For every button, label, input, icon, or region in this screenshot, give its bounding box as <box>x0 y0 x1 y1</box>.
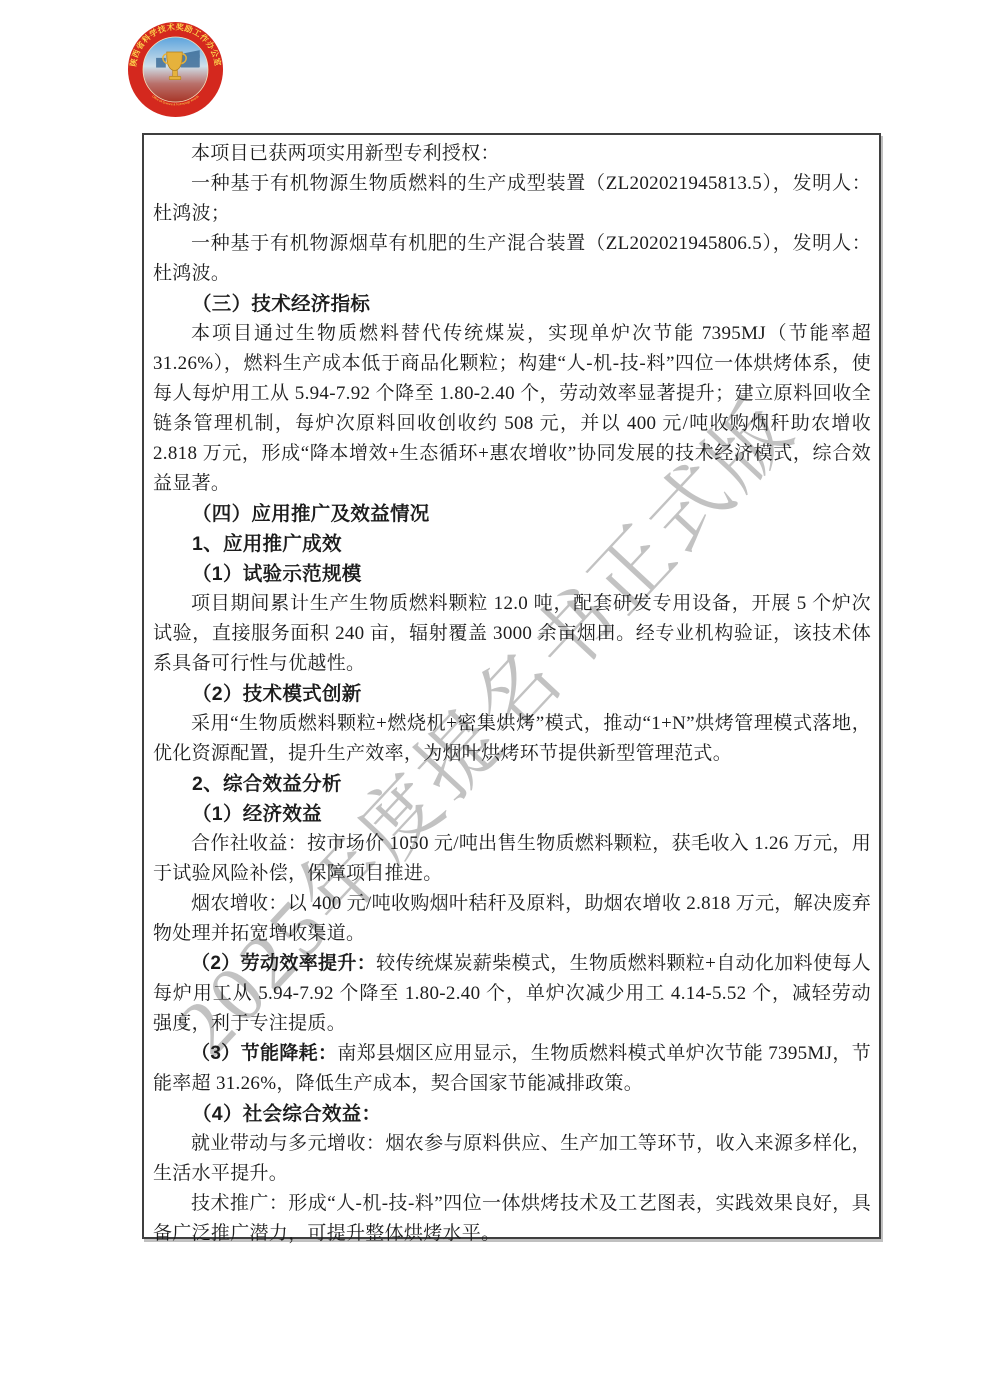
seal-logo-graphic: 陕西省科学技术奖励工作办公室 Office Of Science & Techn… <box>127 21 224 118</box>
paragraph: 本项目已获两项实用新型专利授权： <box>153 139 871 169</box>
paragraph: （2）劳动效率提升：较传统煤炭薪柴模式，生物质燃料颗粒+自动化加料使每人每炉用工… <box>153 949 871 1039</box>
paragraph: 一种基于有机物源烟草有机肥的生产混合装置（ZL202021945806.5），发… <box>153 229 871 289</box>
section-heading: （1）试验示范规模 <box>153 559 871 589</box>
paragraph: （3）节能降耗：南郑县烟区应用显示，生物质燃料模式单炉次节能 7395MJ，节能… <box>153 1039 871 1099</box>
paragraph: 采用“生物质燃料颗粒+燃烧机+密集烘烤”模式，推动“1+N”烘烤管理模式落地，优… <box>153 709 871 769</box>
document-page: 陕西省科学技术奖励工作办公室 Office Of Science & Techn… <box>0 0 990 1399</box>
section-heading: （四）应用推广及效益情况 <box>153 499 871 529</box>
seal-logo: 陕西省科学技术奖励工作办公室 Office Of Science & Techn… <box>127 21 224 118</box>
section-heading: 1、应用推广成效 <box>153 529 871 559</box>
paragraph: 就业带动与多元增收：烟农参与原料供应、生产加工等环节，收入来源多样化，生活水平提… <box>153 1129 871 1189</box>
paragraph-bold-lead: （3）节能降耗： <box>191 1043 337 1064</box>
paragraph: 合作社收益：按市场价 1050 元/吨出售生物质燃料颗粒，获毛收入 1.26 万… <box>153 829 871 889</box>
document-table: 本项目已获两项实用新型专利授权： 一种基于有机物源生物质燃料的生产成型装置（ZL… <box>142 133 881 1239</box>
paragraph: 本项目通过生物质燃料替代传统煤炭，实现单炉次节能 7395MJ（节能率超 31.… <box>153 319 871 499</box>
section-heading: 2、综合效益分析 <box>153 769 871 799</box>
section-heading: （1）经济效益 <box>153 799 871 829</box>
section-heading: （三）技术经济指标 <box>153 289 871 319</box>
section-heading: （4）社会综合效益： <box>153 1099 871 1129</box>
section-heading: （2）技术模式创新 <box>153 679 871 709</box>
paragraph: 项目期间累计生产生物质燃料颗粒 12.0 吨，配套研发专用设备，开展 5 个炉次… <box>153 589 871 679</box>
paragraph: 技术推广：形成“人-机-技-料”四位一体烘烤技术及工艺图表，实践效果良好，具备广… <box>153 1189 871 1249</box>
paragraph-bold-lead: （2）劳动效率提升： <box>191 953 376 974</box>
paragraph: 一种基于有机物源生物质燃料的生产成型装置（ZL202021945813.5），发… <box>153 169 871 229</box>
paragraph: 烟农增收：以 400 元/吨收购烟叶秸秆及原料，助烟农增收 2.818 万元，解… <box>153 889 871 949</box>
